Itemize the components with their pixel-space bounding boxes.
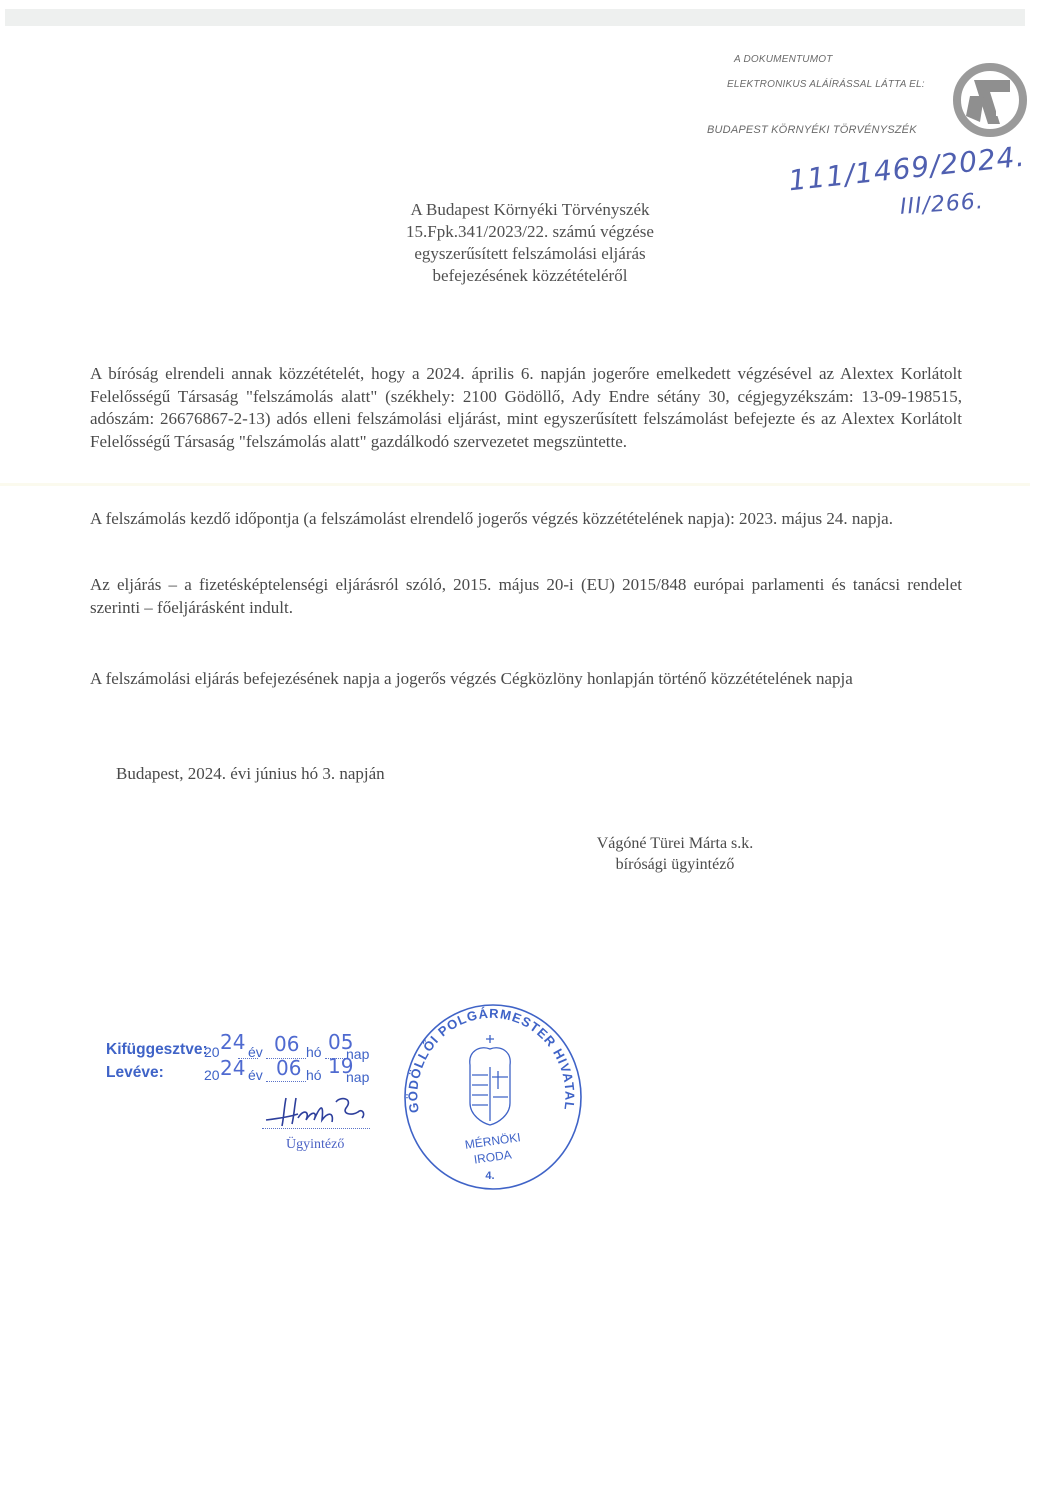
removed-year-prefix: 20	[204, 1067, 220, 1083]
scan-artifact-band	[5, 9, 1025, 26]
removed-month: 06	[276, 1056, 301, 1080]
title-line-2: 15.Fpk.341/2023/22. számú végzése	[300, 221, 760, 243]
removed-year: 24	[220, 1056, 245, 1080]
handwritten-case-number: 111/1469/2024.	[787, 140, 1027, 198]
svg-text:GÖDÖLLŐI POLGÁRMESTER HIVATAL: GÖDÖLLŐI POLGÁRMESTER HIVATAL	[405, 1006, 577, 1114]
title-line-1: A Budapest Környéki Törvényszék	[300, 199, 760, 221]
esig-line-1: A DOKUMENTUMOT	[734, 54, 833, 65]
paragraph-order: A bíróság elrendeli annak közzétételét, …	[90, 363, 962, 453]
posted-month-label: hó	[306, 1044, 322, 1060]
officer-signature-icon	[262, 1092, 382, 1132]
title-line-3: egyszerűsített felszámolási eljárás	[300, 243, 760, 265]
title-line-4: befejezésének közzétételéről	[300, 265, 760, 287]
scan-artifact-line	[0, 483, 1030, 486]
esig-line-2: ELEKTRONIKUS ALÁÍRÁSSAL LÁTTA EL:	[727, 79, 925, 90]
round-stamp-number: 4.	[485, 1170, 494, 1182]
removed-day-label: nap	[346, 1069, 369, 1085]
esig-court-name: BUDAPEST KÖRNYÉKI TÖRVÉNYSZÉK	[707, 124, 917, 136]
handwritten-subnumber: III/266.	[899, 189, 984, 220]
place-and-date: Budapest, 2024. évi június hó 3. napján	[116, 764, 385, 784]
paragraph-main-proceeding: Az eljárás – a fizetésképtelenségi eljár…	[90, 574, 962, 619]
paragraph-end-date: A felszámolási eljárás befejezésének nap…	[90, 668, 962, 691]
officer-label: Ügyintéző	[286, 1137, 344, 1153]
paragraph-start-date: A felszámolás kezdő időpontja (a felszám…	[90, 508, 962, 531]
posted-year-label: év	[248, 1044, 263, 1060]
removed-label: Levéve:	[106, 1064, 164, 1082]
court-seal-logo-icon	[952, 62, 1028, 138]
hungarian-coat-of-arms-icon	[470, 1035, 510, 1125]
posted-year: 24	[220, 1030, 245, 1054]
removed-month-label: hó	[306, 1067, 322, 1083]
signer-name: Vágóné Türei Márta s.k.	[540, 833, 810, 854]
round-stamp-outer-text: GÖDÖLLŐI POLGÁRMESTER HIVATAL	[405, 1006, 577, 1114]
posted-year-prefix: 20	[204, 1044, 220, 1060]
municipal-round-stamp: GÖDÖLLŐI POLGÁRMESTER HIVATAL MÉRNÖKI IR…	[398, 993, 588, 1193]
signature-line	[262, 1128, 370, 1129]
removed-year-label: év	[248, 1067, 263, 1083]
signer-title: bírósági ügyintéző	[540, 854, 810, 875]
posted-month: 06	[274, 1032, 299, 1056]
dotted-fill	[266, 1081, 306, 1082]
posted-label: Kifüggesztve:	[106, 1041, 208, 1059]
signer-block: Vágóné Türei Márta s.k. bírósági ügyinté…	[540, 833, 810, 875]
round-stamp-inner-line-1: MÉRNÖKI	[464, 1129, 522, 1152]
document-title: A Budapest Környéki Törvényszék 15.Fpk.3…	[300, 199, 760, 287]
round-stamp-inner-line-2: IRODA	[473, 1147, 513, 1166]
